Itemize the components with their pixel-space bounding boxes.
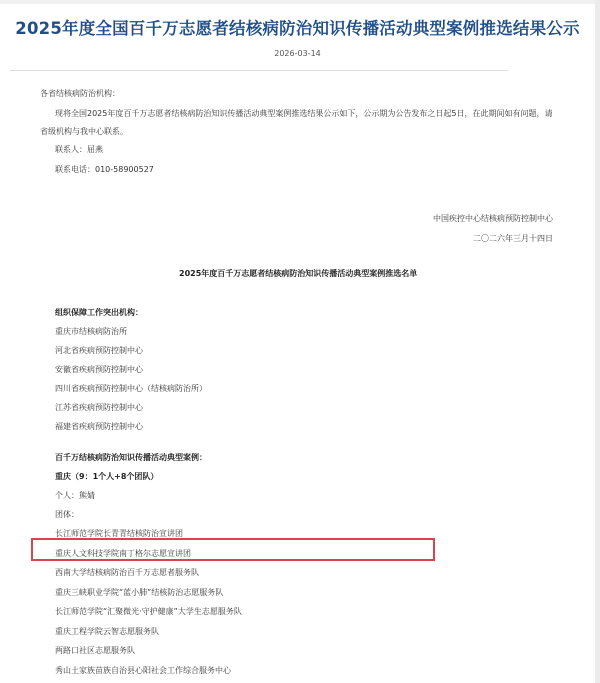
org-item: 江苏省疾病预防控制中心 bbox=[55, 402, 143, 413]
body-line-2: 省级机构与我中心联系。 bbox=[40, 126, 128, 137]
page-title: 2025年度全国百千万志愿者结核病防治知识传播活动典型案例推选结果公示 bbox=[0, 15, 595, 39]
header-divider bbox=[10, 70, 508, 71]
individual-entry: 个人：熊婧 bbox=[55, 490, 95, 501]
publish-date: 2026-03-14 bbox=[0, 49, 595, 58]
body-line-1: 现将全国2025年度百千万志愿者结核病防治知识传播活动典型案例推选结果公示如下，… bbox=[55, 108, 552, 119]
org-item: 福建省疾病预防控制中心 bbox=[55, 421, 143, 432]
case-section-heading: 百千万结核病防治知识传播活动典型案例： bbox=[55, 452, 207, 463]
list-title: 2025年度百千万志愿者结核病防治知识传播活动典型案例推选名单 bbox=[179, 268, 417, 279]
org-item: 四川省疾病预防控制中心（结核病防治所） bbox=[55, 383, 207, 394]
team-item: 重庆三峡职业学院“蓝小肺”结核防治志愿服务队 bbox=[55, 587, 223, 598]
org-section-heading: 组织保障工作突出机构： bbox=[55, 307, 143, 318]
salutation: 各省结核病防治机构： bbox=[40, 88, 120, 99]
team-label: 团体： bbox=[55, 509, 79, 520]
top-shade bbox=[0, 0, 600, 4]
issuer: 中国疾控中心结核病预防控制中心 bbox=[433, 213, 553, 224]
contact-phone: 联系电话：010-58900527 bbox=[55, 164, 154, 175]
org-item: 安徽省疾病预防控制中心 bbox=[55, 364, 143, 375]
page-scrollbar[interactable] bbox=[595, 0, 600, 683]
team-item: 长江师范学院“汇聚微光·守护健康”大学生志愿服务队 bbox=[55, 606, 242, 617]
issue-date: 二〇二六年三月十四日 bbox=[473, 233, 553, 244]
region-heading: 重庆（9：1个人+8个团队） bbox=[55, 471, 158, 482]
org-item: 河北省疾病预防控制中心 bbox=[55, 345, 143, 356]
team-item: 秀山土家族苗族自治县心阳社会工作综合服务中心 bbox=[55, 665, 231, 676]
team-item: 两路口社区志愿服务队 bbox=[55, 645, 135, 656]
contact-person: 联系人：屈燕 bbox=[55, 144, 103, 155]
team-item: 西南大学结核病防治百千万志愿者服务队 bbox=[55, 567, 199, 578]
org-item: 重庆市结核病防治所 bbox=[55, 326, 127, 337]
highlight-box bbox=[31, 538, 435, 561]
team-item: 重庆工程学院云智志愿服务队 bbox=[55, 626, 159, 637]
